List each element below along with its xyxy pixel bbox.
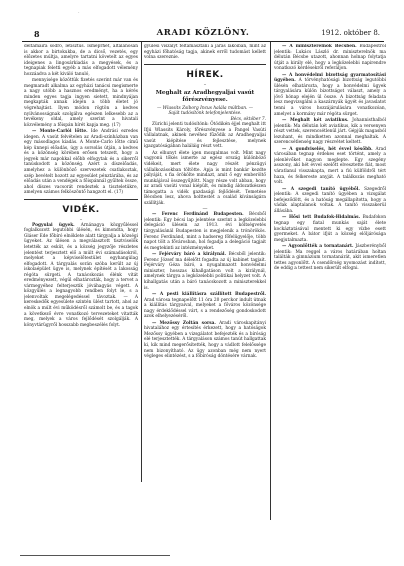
news-item: — Fejérváry báró a királynál. Bécsből je…	[144, 252, 266, 291]
issue-date: 1912. október 8.	[321, 29, 380, 37]
news-item: — Agyonlőtték a tornatanárt. Jászberényb…	[274, 244, 386, 272]
news-item: — A miniszterelnök Bécsben. Budapestről …	[274, 44, 386, 72]
print-mark: ·	[78, 10, 80, 16]
article-paragraph: Zürichi jelenti tudósítónk: Ötödikén éjj…	[144, 122, 266, 150]
section-rule	[24, 199, 138, 200]
article-paragraph: gyűlési viszályt feltámasztani a járás l…	[144, 44, 266, 61]
news-item: — A pesti kiállításra szállított Budapes…	[144, 292, 266, 320]
news-item: — Ferenc Ferdinánd Budapesten. Bécsből j…	[144, 212, 266, 251]
masthead: 8 ARADI KÖZLÖNY. 1912. október 8.	[22, 27, 384, 42]
news-item: — A gondviselés, hét évvel később. Arad …	[274, 147, 386, 186]
article-paragraph: mennyisége közöttük fizetés szerint már …	[24, 78, 138, 128]
column-3: — A miniszterelnök Bécsben. Budapestről …	[274, 44, 386, 518]
section-heading-hirek: HÍREK.	[144, 69, 266, 81]
news-item: — Meghalt két aviatikus. Johannisthalból…	[274, 118, 386, 146]
news-item: — A szegedi tanító ügyéből. Szegedről je…	[274, 187, 386, 215]
section-heading-videk: VIDÉK.	[24, 204, 138, 216]
article-paragraph: Pogyulai ügyek. Arnánagya közgyűléssel f…	[24, 223, 138, 328]
article-paragraph: Az elhunyt élete igen mozgalmas volt. Mi…	[144, 151, 266, 206]
column-2: gyűlési viszályt feltámasztani a járás l…	[144, 44, 266, 522]
news-item: — Hősi tett Budafok-Hidalmás. Budafokon …	[274, 215, 386, 243]
section-rule	[144, 64, 266, 65]
news-item: — A honvédelmi bizottság gyarmatosítási …	[274, 73, 386, 117]
lead-headline: Meghalt az Aradhegyaljai vasút főrészvén…	[148, 90, 262, 104]
article-paragraph: deltamaira sodrő, letisztus. Ismeprhet, …	[24, 44, 138, 77]
column-1: deltamaira sodrő, letisztus. Ismeprhet, …	[24, 44, 138, 490]
column-divider	[270, 42, 271, 520]
column-divider	[141, 42, 142, 482]
page-bottom-rule	[20, 555, 170, 556]
newspaper-page: · 8 ARADI KÖZLÖNY. 1912. október 8. delt…	[0, 0, 404, 566]
article-paragraph: — Monte-Carlói lőtte. Ide Andrási ezrede…	[24, 129, 138, 196]
ornament-dash: –	[144, 83, 266, 88]
news-item: — Mezőssy Zoltán sorsa. Aradi városkapit…	[144, 321, 266, 360]
